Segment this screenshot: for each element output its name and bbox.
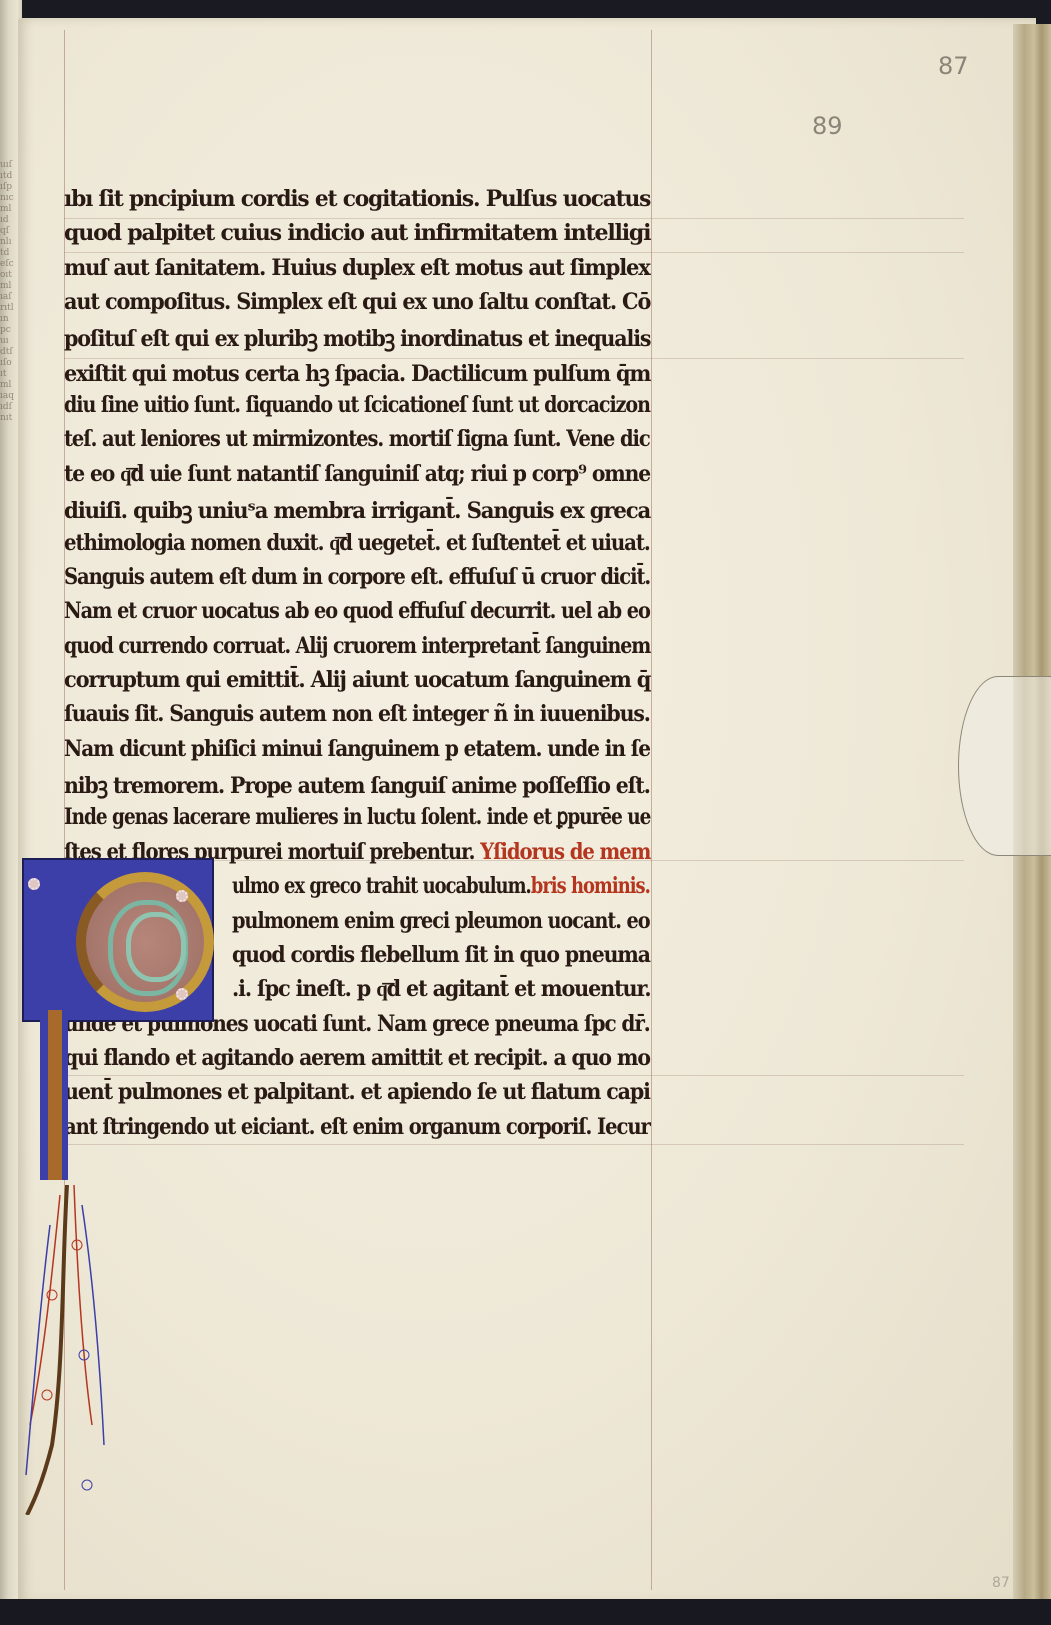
ruling-right: [651, 30, 652, 1590]
ruling-row: [64, 1144, 964, 1145]
text-line: Inde genas lacerare mulieres in luctu ſo…: [64, 804, 650, 830]
text-line: teſ. aut leniores ut mirmizontes. mortiſ…: [64, 426, 650, 452]
text-line: uent̄ pulmones et palpitant. et apiendo …: [64, 1079, 650, 1105]
folio-number-upper: 87: [938, 52, 969, 80]
text-line: Sanguis autem eſt dum in corpore eſt. ef…: [64, 564, 650, 590]
illuminated-initial-p: [22, 858, 214, 1022]
background-surface: [0, 1599, 1051, 1625]
text-line: aut compoſitus. Simplex eſt qui ex uno ſ…: [64, 289, 650, 315]
initial-bowl: [76, 872, 214, 1012]
folio-number-lower: 89: [812, 112, 843, 140]
ruling-row: [64, 218, 964, 219]
decorative-dot: [28, 878, 40, 890]
decorative-dot: [176, 988, 188, 1000]
text-line: quod cordis flebellum ſit in quo pneuma: [232, 942, 650, 968]
interlace-ornament: [126, 912, 186, 982]
text-line: te eo q͞d uie ſunt natantiſ ſanguiniſ at…: [64, 461, 650, 487]
show-through-text: uıſıtdıſpnıcmlıdqſnlıtdeſcoıtmlıaſrıtlın…: [0, 160, 14, 1060]
text-line: ſuauis ſit. Sanguis autem non eſt intege…: [64, 701, 650, 727]
rubric-heading: Yſidorus de mem: [480, 839, 650, 865]
text-line: ethimologia nomen duxit. q͞d uegetet̄. e…: [64, 530, 650, 556]
text-line: exiſtit qui motus certa hꝫ ſpacia. Dacti…: [64, 358, 650, 388]
text-line: poſituſ eſt qui ex pluribꝫ motibꝫ inordi…: [64, 323, 650, 353]
pen-flourish: [22, 1185, 112, 1515]
text-line: diu ſine uitio ſunt. ſiquando ut ſcicati…: [64, 392, 650, 418]
text-line: quod palpitet cuius indicio aut infirmit…: [64, 220, 650, 246]
rubric-heading: bris hominis.: [531, 873, 650, 899]
text-line: diuiſi. quibꝫ uniuˢa membra irrigant̄. S…: [64, 495, 650, 525]
text-line: ant ſtringendo ut eiciant. eſt enim orga…: [64, 1114, 650, 1140]
ruling-row: [64, 252, 964, 253]
initial-stem: [40, 1010, 68, 1180]
text-line: corruptum qui emittit̄. Alij aiunt uocat…: [64, 667, 650, 693]
text-line: .i. ſpc ineſt. p q͞d et agitant̄ et moue…: [232, 976, 650, 1002]
text-line: muſ aut ſanitatem. Huius duplex eſt motu…: [64, 255, 650, 281]
text-line: pulmonem enim greci pleumon uocant. eo: [232, 908, 650, 934]
folio-number-corner: 87: [992, 1575, 1010, 1591]
text-line: qui flando et agitando aerem amittit et …: [64, 1045, 650, 1071]
text-line: Nam dicunt phiſici minui ſanguinem p eta…: [64, 736, 650, 762]
text-line: ulmo ex greco trahit uocabulum.bris homi…: [232, 873, 650, 899]
text-line: ıbı ſit pncipium cordis et cogitationis.…: [64, 186, 650, 212]
decorative-dot: [176, 890, 188, 902]
text-line: nibꝫ tremorem. Prope autem ſanguiſ anime…: [64, 770, 650, 800]
text-line: Nam et cruor uocatus ab eo quod effuſuſ …: [64, 598, 650, 624]
text-line: quod currendo corruat. Alij cruorem inte…: [64, 633, 650, 659]
page-clip: [958, 676, 1051, 856]
ruling-row: [64, 1075, 964, 1076]
